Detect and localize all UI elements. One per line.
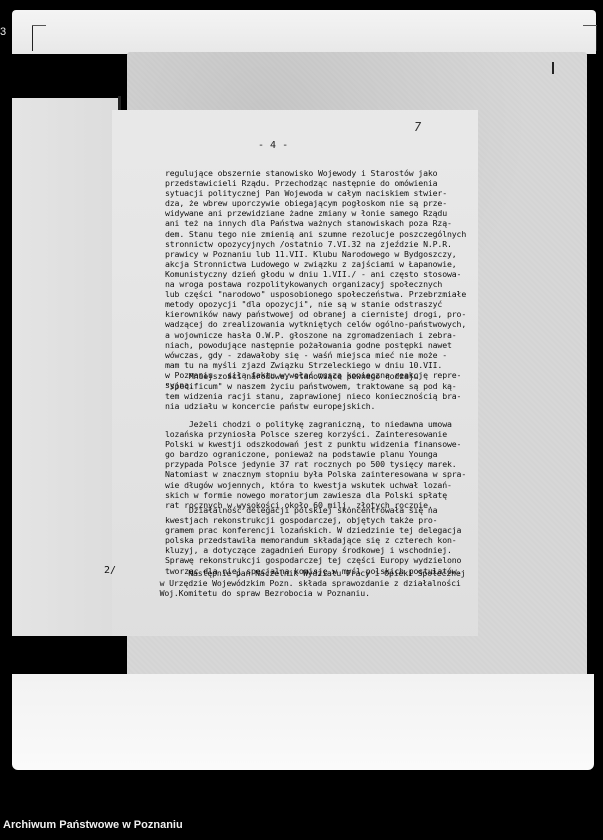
paragraph-minorities: Mniejszości narodowe, stanowiące pewnego… xyxy=(165,371,470,411)
paragraph-labour-report: Następnie pan Naczelnik Wydziału Pracy i… xyxy=(150,568,470,598)
crop-mark-left-icon xyxy=(32,25,33,51)
film-top-margin xyxy=(12,10,596,54)
scan-frame-label: 3 xyxy=(0,26,6,38)
archive-name-caption: Archiwum Państwowe w Poznaniu xyxy=(3,819,183,831)
paragraph-foreign-policy: Jeżeli chodzi o politykę zagraniczną, to… xyxy=(165,419,470,510)
page-number: - 4 - xyxy=(258,140,288,151)
paragraph-government-stance: regulujące obszernie stanowisko Wojewody… xyxy=(165,168,470,390)
paragraph-delegation: Działalność delegacji polskiej skoncentr… xyxy=(165,505,470,576)
margin-item-number: 2/ xyxy=(104,565,116,576)
margin-tick-mark xyxy=(552,62,554,74)
handwritten-folio-number: 7 xyxy=(414,120,421,134)
film-bottom-margin xyxy=(12,674,594,770)
crop-mark-right-icon xyxy=(596,25,597,51)
folder-cover-left xyxy=(12,98,120,636)
